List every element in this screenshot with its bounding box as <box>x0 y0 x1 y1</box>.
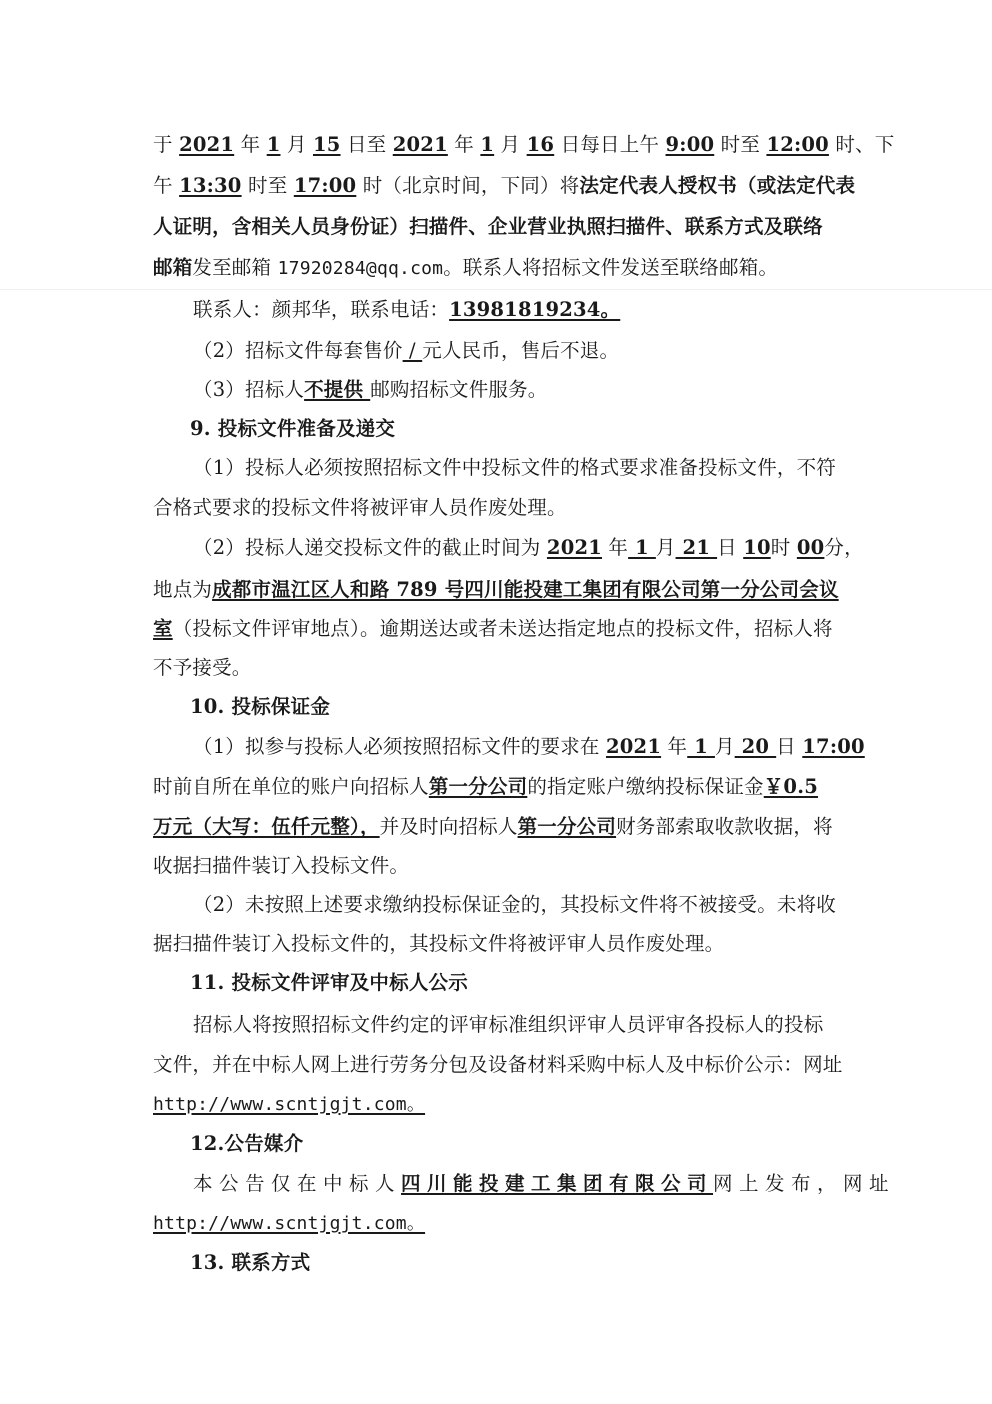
section-10-p2-line2: 据扫描件装订入投标文件的，其投标文件将被评审人员作废处理。 <box>153 930 724 958</box>
section-10-p1-line1: （1）拟参与投标人必须按照招标文件的要求在 2021 年 1 月 20 日 17… <box>193 733 865 761</box>
text: 日至 <box>347 133 386 156</box>
pm-start-time: 13:30 <box>179 174 241 197</box>
document-page: 于 2021 年 1 月 15 日至 2021 年 1 月 16 日每日上午 9… <box>0 0 992 1404</box>
text: 时至 <box>721 133 760 156</box>
deposit-year: 2021 <box>606 735 661 758</box>
text: 年 <box>608 536 628 559</box>
item-2-price: （2）招标文件每套售价 / 元人民币，售后不退。 <box>193 337 619 365</box>
contact-line: 联系人：颜邦华，联系电话：13981819234。 <box>193 296 620 324</box>
text: （2）投标人递交投标文件的截止时间为 <box>193 536 541 559</box>
section-11-url[interactable]: http://www.scntjgjt.com。 <box>153 1091 425 1119</box>
text: 午 <box>153 174 173 197</box>
deposit-month: 1 <box>687 735 715 758</box>
section-13-heading: 13. 联系方式 <box>190 1249 310 1277</box>
deposit-time: 17:00 <box>802 735 864 758</box>
branch-company: 第一分公司 <box>429 775 528 798</box>
text: 月 <box>715 735 735 758</box>
section-9-p1-line1: （1）投标人必须按照招标文件中投标文件的格式要求准备投标文件，不符 <box>193 454 836 482</box>
text: 年 <box>454 133 474 156</box>
text: 年 <box>668 735 688 758</box>
contact-phone: 13981819234。 <box>449 298 620 321</box>
item-3-mail: （3）招标人不提供 邮购招标文件服务。 <box>193 376 548 404</box>
am-end-time: 12:00 <box>766 133 828 156</box>
end-day: 16 <box>527 133 555 156</box>
text: 并及时向招标人 <box>380 815 518 838</box>
text: 时（北京时间，下同）将 <box>363 174 580 197</box>
text: 时至 <box>248 174 287 197</box>
text: 元人民币，售后不退。 <box>422 339 619 362</box>
registration-line-2: 午 13:30 时至 17:00 时（北京时间，下同）将法定代表人授权书（或法定… <box>153 172 855 200</box>
text: 邮箱 <box>153 256 192 279</box>
text: 月 <box>656 536 676 559</box>
email-address: 17920284@qq.com <box>278 258 444 279</box>
section-12-url[interactable]: http://www.scntjgjt.com。 <box>153 1210 425 1238</box>
text: 地点为 <box>153 578 212 601</box>
section-12-heading: 12.公告媒介 <box>190 1130 303 1158</box>
text: （3）招标人 <box>193 378 304 401</box>
branch-company: 第一分公司 <box>518 815 617 838</box>
end-month: 1 <box>480 133 494 156</box>
registration-line-1: 于 2021 年 1 月 15 日至 2021 年 1 月 16 日每日上午 9… <box>153 131 894 159</box>
section-10-heading: 10. 投标保证金 <box>190 693 330 721</box>
section-9-p1-line2: 合格式要求的投标文件将被评审人员作废处理。 <box>153 494 567 522</box>
contact-label: 联系人：颜邦华，联系电话： <box>193 298 449 321</box>
deposit-day: 20 <box>735 735 777 758</box>
submission-location-end: 室 <box>153 617 173 640</box>
section-10-p1-line3: 万元（大写：伍仟元整），并及时向招标人第一分公司财务部索取收款收据，将 <box>153 813 833 841</box>
am-start-time: 9:00 <box>666 133 715 156</box>
pm-end-time: 17:00 <box>294 174 356 197</box>
end-year: 2021 <box>393 133 448 156</box>
text: 年 <box>241 133 261 156</box>
text: 于 <box>153 133 173 156</box>
deadline-month: 1 <box>628 536 656 559</box>
text: （2）招标文件每套售价 <box>193 339 403 362</box>
deadline-hour: 10 <box>743 536 771 559</box>
publisher-company: 四川能投建工集团有限公司 <box>401 1172 713 1195</box>
deadline-year: 2021 <box>547 536 602 559</box>
section-11-line2: 文件，并在中标人网上进行劳务分包及设备材料采购中标人及中标价公示：网址 <box>153 1051 843 1079</box>
text: （投标文件评审地点）。逾期送达或者未送达指定地点的投标文件，招标人将 <box>173 617 833 640</box>
section-11-heading: 11. 投标文件评审及中标人公示 <box>190 969 468 997</box>
section-10-p2-line1: （2）未按照上述要求缴纳投标保证金的，其投标文件将不被接受。未将收 <box>193 891 836 919</box>
text: 时前自所在单位的账户向招标人 <box>153 775 429 798</box>
deposit-amount-words: 万元（大写：伍仟元整）， <box>153 815 380 838</box>
section-10-p1-line4: 收据扫描件装订入投标文件。 <box>153 852 409 880</box>
text: 日 <box>776 735 796 758</box>
text: 本公告仅在中标人 <box>193 1172 401 1195</box>
registration-line-3: 人证明，含相关人员身份证）扫描件、企业营业执照扫描件、联系方式及联络 <box>153 213 823 241</box>
text: 邮购招标文件服务。 <box>370 378 547 401</box>
scan-artifact-line <box>0 289 992 290</box>
section-9-p2-line1: （2）投标人递交投标文件的截止时间为 2021 年 1 月 21 日 10时 0… <box>193 534 864 562</box>
section-9-p2-line3: 室（投标文件评审地点）。逾期送达或者未送达指定地点的投标文件，招标人将 <box>153 615 833 643</box>
text: 发至邮箱 <box>192 256 271 279</box>
section-12-line1: 本公告仅在中标人四川能投建工集团有限公司网上发布，网址 <box>193 1170 895 1198</box>
text: 时、下 <box>835 133 894 156</box>
document-price: / <box>403 339 423 362</box>
text: 分， <box>824 536 863 559</box>
section-11-line1: 招标人将按照招标文件约定的评审标准组织评审人员评审各投标人的投标 <box>193 1011 823 1039</box>
text: 。联系人将招标文件发送至联络邮箱。 <box>443 256 778 279</box>
registration-line-4: 邮箱发至邮箱 17920284@qq.com。联系人将招标文件发送至联络邮箱。 <box>153 254 778 283</box>
submission-location: 成都市温江区人和路 789 号四川能投建工集团有限公司第一分公司会议 <box>212 578 839 601</box>
text: 月 <box>287 133 307 156</box>
section-9-p2-line2: 地点为成都市温江区人和路 789 号四川能投建工集团有限公司第一分公司会议 <box>153 576 839 604</box>
text: （1）拟参与投标人必须按照招标文件的要求在 <box>193 735 600 758</box>
deadline-minute: 00 <box>797 536 825 559</box>
text: 的指定账户缴纳投标保证金 <box>527 775 763 798</box>
start-month: 1 <box>267 133 281 156</box>
start-day: 15 <box>313 133 341 156</box>
deadline-day: 21 <box>676 536 718 559</box>
text: 网上发布，网址 <box>713 1172 895 1195</box>
text: 日 <box>717 536 737 559</box>
not-provided: 不提供 <box>304 378 370 401</box>
text: 月 <box>501 133 521 156</box>
text: 时 <box>771 536 791 559</box>
section-9-heading: 9. 投标文件准备及递交 <box>190 415 395 443</box>
section-10-p1-line2: 时前自所在单位的账户向招标人第一分公司的指定账户缴纳投标保证金￥0.5 <box>153 773 818 801</box>
text: 日每日上午 <box>561 133 660 156</box>
text: 财务部索取收款收据，将 <box>616 815 833 838</box>
section-9-p2-line4: 不予接受。 <box>153 654 252 682</box>
start-year: 2021 <box>179 133 234 156</box>
required-docs: 法定代表人授权书（或法定代表 <box>579 174 855 197</box>
deposit-amount: ￥0.5 <box>764 775 818 798</box>
